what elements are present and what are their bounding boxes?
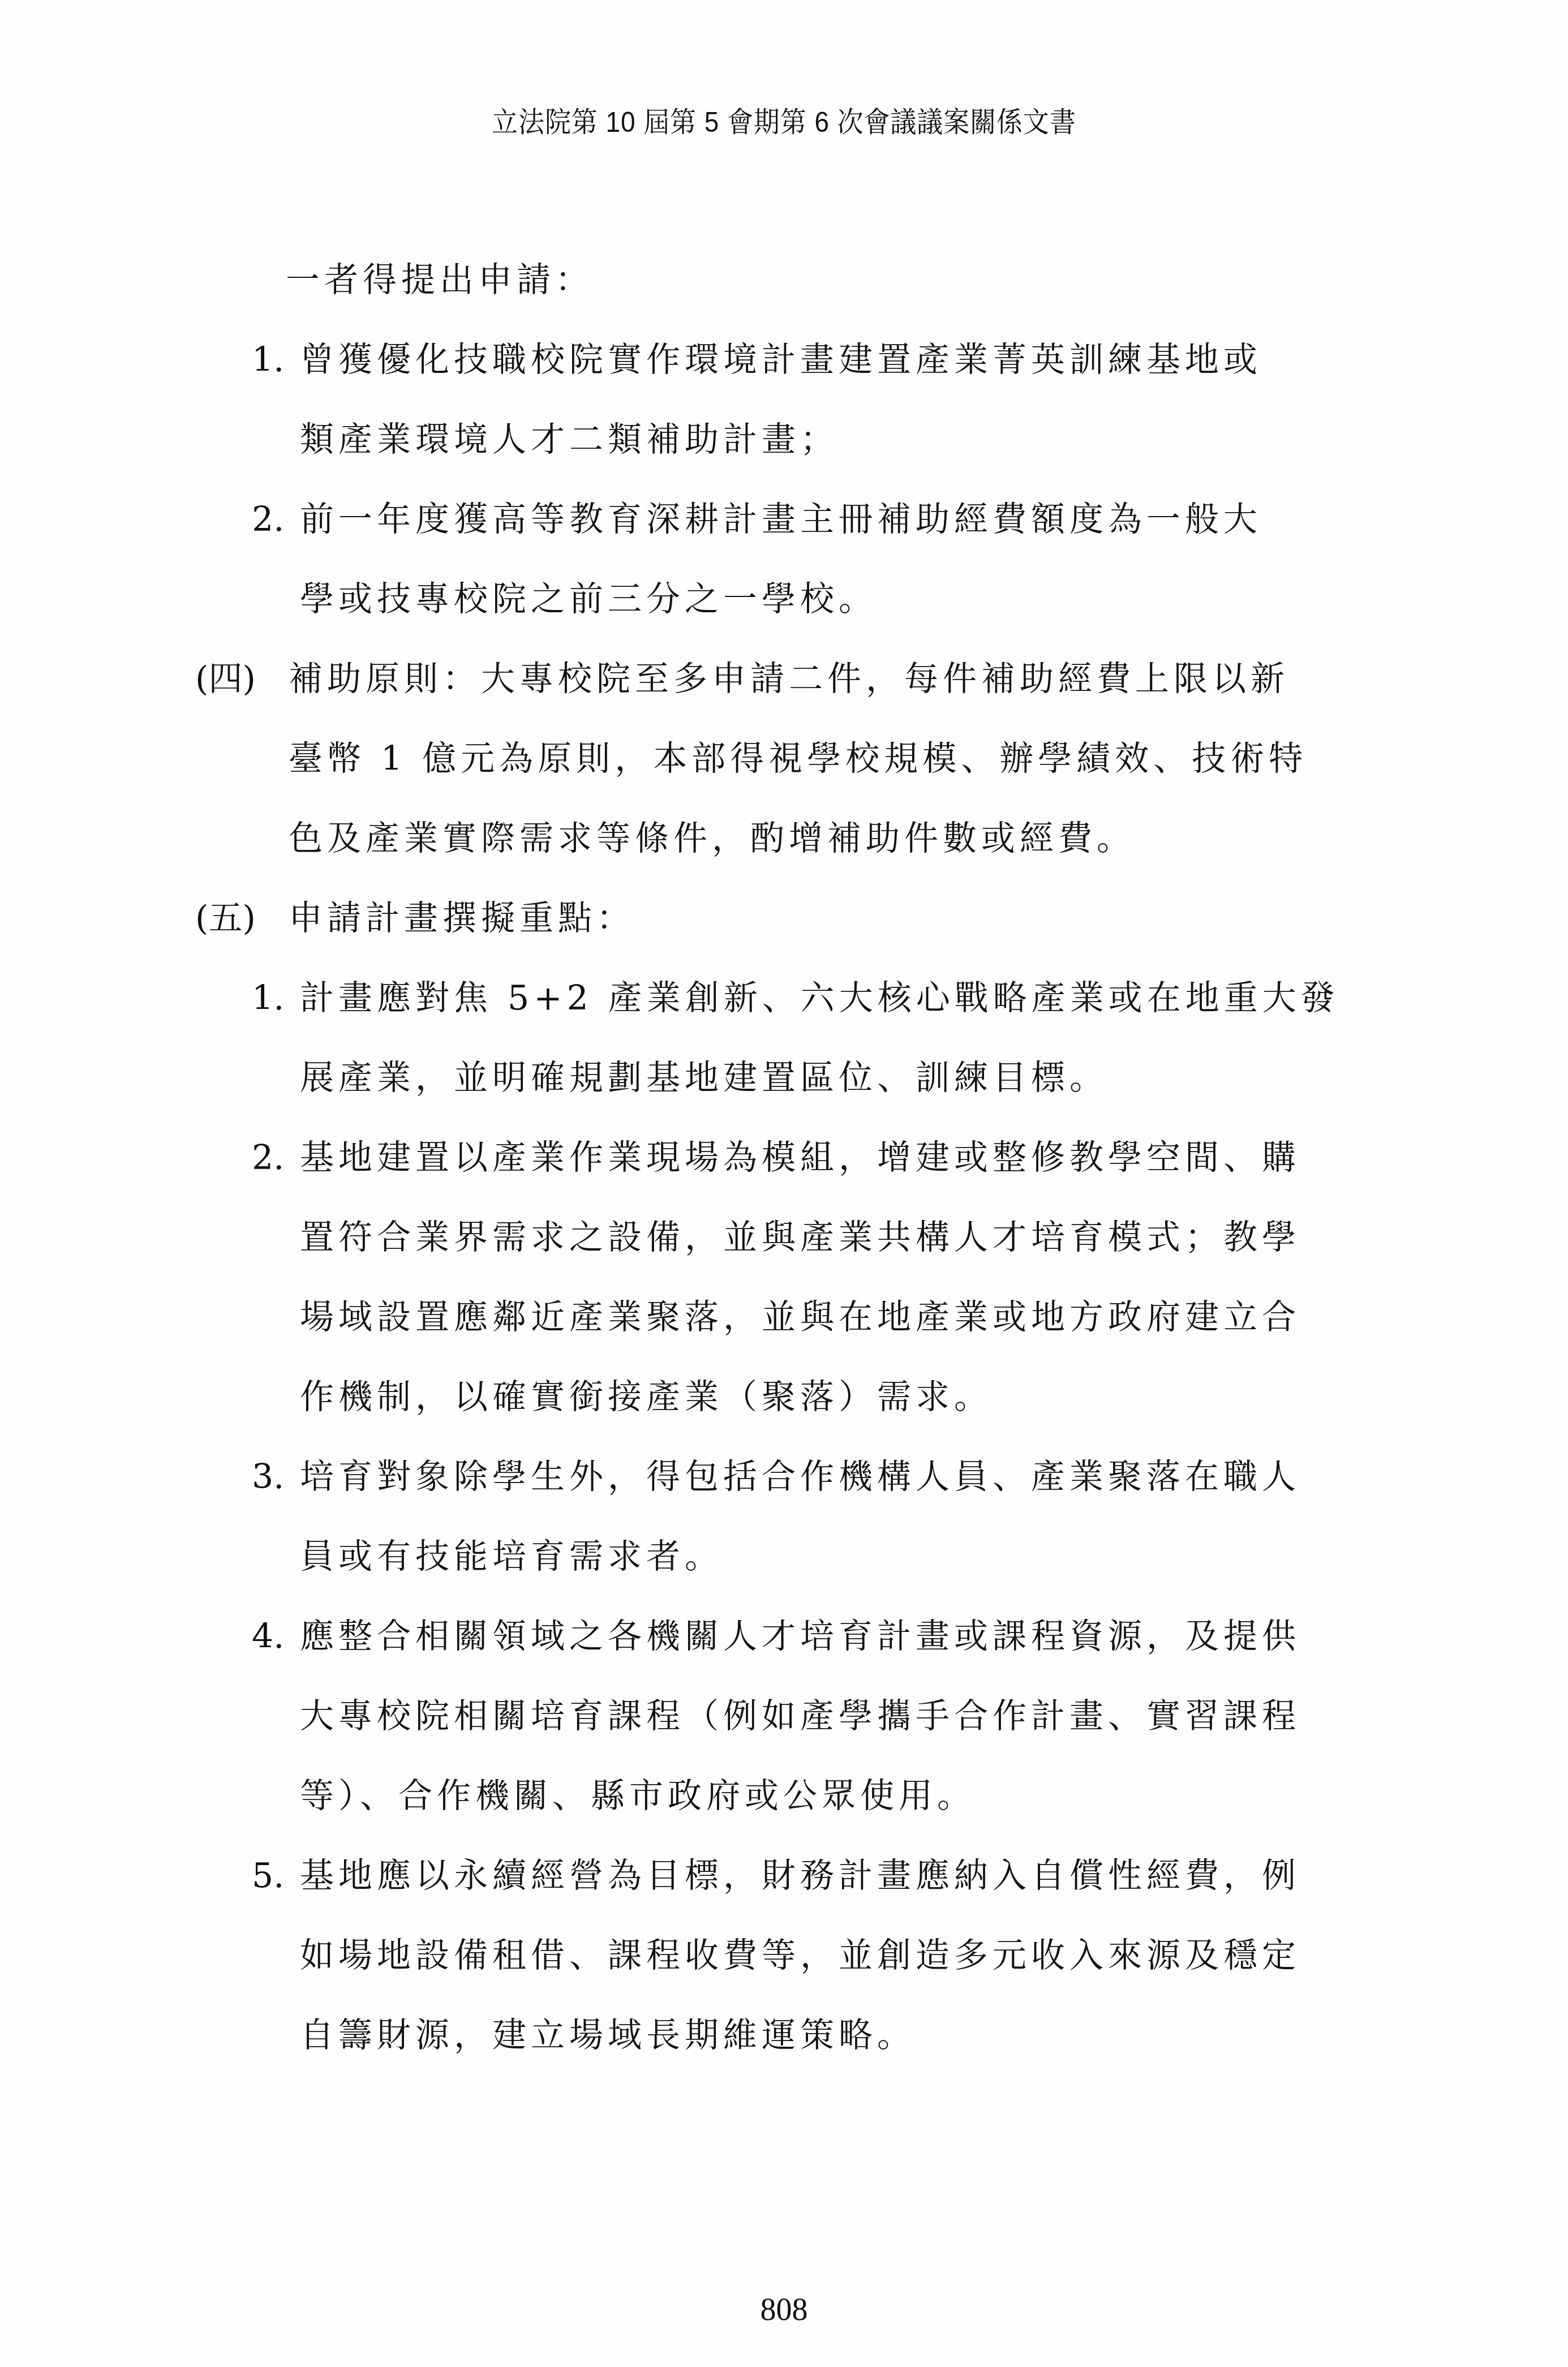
list-item-line: 自籌財源，建立場域長期維運策略。 bbox=[300, 2013, 916, 2058]
list-item-line: 員或有技能培育需求者。 bbox=[300, 1534, 723, 1579]
list-number: 2. bbox=[252, 497, 284, 542]
list-item-line: 計畫應對焦 5+2 產業創新、六大核心戰略產業或在地重大發 bbox=[300, 976, 1339, 1021]
page-number: 808 bbox=[0, 2292, 1568, 2328]
list-item-line: 曾獲優化技職校院實作環境計畫建置產業菁英訓練基地或 bbox=[300, 337, 1262, 383]
document-page: 立法院第 10 屆第 5 會期第 6 次會議議案關係文書 一者得提出申請： 1.… bbox=[0, 0, 1568, 2367]
list-item-line: 作機制，以確實銜接產業（聚落）需求。 bbox=[300, 1374, 993, 1420]
list-item-line: 前一年度獲高等教育深耕計畫主冊補助經費額度為一般大 bbox=[300, 497, 1262, 542]
list-item-line: 展產業，並明確規劃基地建置區位、訓練目標。 bbox=[300, 1055, 1108, 1101]
list-number: 3. bbox=[252, 1454, 284, 1500]
list-item-line: 大專校院相關培育課程（例如產學攜手合作計畫、實習課程 bbox=[300, 1694, 1300, 1739]
section-number: (五) bbox=[195, 896, 256, 941]
list-number: 5. bbox=[252, 1853, 284, 1898]
list-item-line: 場域設置應鄰近產業聚落，並與在地產業或地方政府建立合 bbox=[300, 1295, 1300, 1340]
intro-line: 一者得提出申請： bbox=[286, 257, 594, 303]
list-item-line: 基地建置以產業作業現場為模組，增建或整修教學空間、購 bbox=[300, 1135, 1300, 1180]
list-number: 1. bbox=[252, 337, 284, 383]
list-item-line: 應整合相關領域之各機關人才培育計畫或課程資源，及提供 bbox=[300, 1614, 1300, 1659]
list-item-line: 基地應以永續經營為目標，財務計畫應納入自償性經費，例 bbox=[300, 1853, 1300, 1898]
document-header: 立法院第 10 屆第 5 會期第 6 次會議議案關係文書 bbox=[63, 100, 1505, 140]
list-item-line: 培育對象除學生外，得包括合作機構人員、產業聚落在職人 bbox=[300, 1454, 1300, 1500]
list-item-line: 等）、合作機關、縣市政府或公眾使用。 bbox=[300, 1773, 976, 1819]
list-item-line: 學或技專校院之前三分之一學校。 bbox=[300, 577, 877, 622]
list-number: 4. bbox=[252, 1614, 284, 1659]
section-line: 色及產業實際需求等條件，酌增補助件數或經費。 bbox=[289, 816, 1135, 861]
list-number: 1. bbox=[252, 976, 284, 1021]
list-number: 2. bbox=[252, 1135, 284, 1180]
section-line: 補助原則：大專校院至多申請二件，每件補助經費上限以新 bbox=[289, 656, 1289, 702]
section-title: 申請計畫撰擬重點： bbox=[289, 896, 635, 941]
section-number: (四) bbox=[195, 656, 256, 702]
list-item-line: 置符合業界需求之設備，並與產業共構人才培育模式；教學 bbox=[300, 1215, 1300, 1260]
list-item-line: 類產業環境人才二類補助計畫； bbox=[300, 417, 839, 462]
section-line: 臺幣 1 億元為原則，本部得視學校規模、辦學績效、技術特 bbox=[289, 736, 1307, 781]
list-item-line: 如場地設備租借、課程收費等，並創造多元收入來源及穩定 bbox=[300, 1933, 1300, 1978]
